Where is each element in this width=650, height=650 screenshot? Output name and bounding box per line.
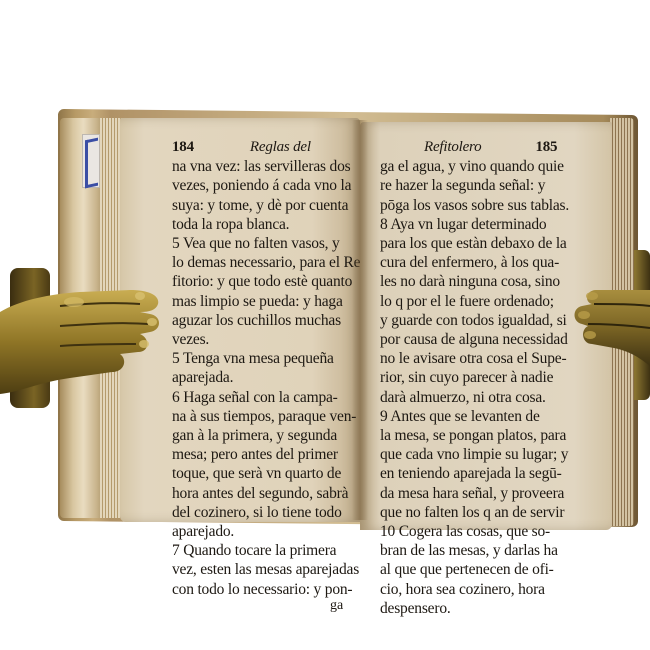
text-line: les no darà ninguna cosa, sino: [380, 272, 569, 291]
text-line: mas limpio se pueda: y haga: [172, 292, 360, 311]
text-line: toda la ropa blanca.: [172, 215, 360, 234]
running-head: Reglas del: [250, 138, 311, 157]
text-line: 7 Quando tocare la primera: [172, 541, 360, 560]
text-line: que cada vno limpie su lugar; y: [380, 445, 569, 464]
text-line: 6 Haga señal con la campa-: [172, 388, 360, 407]
text-line: al que que pertenecen de ofi-: [380, 560, 569, 579]
text-line: vezes.: [172, 330, 360, 349]
left-page-text: 184 Reglas del na vna vez: las serviller…: [172, 138, 360, 599]
text-line: fitorio: y que todo estè quanto: [172, 272, 360, 291]
text-line: no le avisare otra cosa el Supe-: [380, 349, 569, 368]
text-line: 8 Aya vn lugar determinado: [380, 215, 569, 234]
text-line: en teniendo aparejada la segū-: [380, 464, 569, 483]
text-line: ga el agua, y vino quando quie: [380, 157, 569, 176]
catchword: ga: [330, 598, 343, 614]
spine-label-icon: [82, 134, 100, 188]
text-line: suya: y tome, y dè por cuenta: [172, 196, 360, 215]
text-line: 5 Tenga vna mesa pequeña: [172, 349, 360, 368]
text-line: na à sus tiempos, paraque ven-: [172, 407, 360, 426]
brass-hand-right-icon: [574, 282, 650, 372]
left-page-header: 184 Reglas del: [172, 138, 360, 157]
photo-scene: 184 Reglas del na vna vez: las serviller…: [0, 0, 650, 650]
text-line: gan à la primera, y segunda: [172, 426, 360, 445]
text-line: pōga los vasos sobre sus tablas.: [380, 196, 569, 215]
text-line: hora antes del segundo, sabrà: [172, 484, 360, 503]
text-line: aparejada.: [172, 368, 360, 387]
right-page-text: Refitolero 185 ga el agua, y vino quando…: [380, 138, 569, 618]
text-line: cura del enfermero, à los qua-: [380, 253, 569, 272]
text-line: mesa; pero antes del primer: [172, 445, 360, 464]
text-line: la mesa, se pongan platos, para: [380, 426, 569, 445]
text-line: por causa de alguna necessidad: [380, 330, 569, 349]
text-line: lo q por el le fuere ordenado;: [380, 292, 569, 311]
text-line: del cozinero, si lo tiene todo: [172, 503, 360, 522]
page-number: 185: [535, 138, 557, 157]
text-line: y guarde con todos igualdad, si: [380, 311, 569, 330]
text-line: rior, sin cuyo parecer à nadie: [380, 368, 569, 387]
text-line: cio, hora sea cozinero, hora: [380, 580, 569, 599]
book-gutter: [352, 120, 368, 520]
text-line: da mesa hara señal, y proveera: [380, 484, 569, 503]
text-line: re hazer la segunda señal: y: [380, 176, 569, 195]
text-line: lo demas necessario, para el Re: [172, 253, 360, 272]
right-page-header: Refitolero 185: [380, 138, 569, 157]
text-line: na vna vez: las servilleras dos: [172, 157, 360, 176]
text-line: despensero.: [380, 599, 569, 618]
text-line: que no falten los q an de servir: [380, 503, 569, 522]
text-line: darà almuerzo, ni otra cosa.: [380, 388, 569, 407]
text-line: vez, esten las mesas aparejadas: [172, 560, 360, 579]
text-line: aguzar los cuchillos muchas: [172, 311, 360, 330]
text-line: toque, que serà vn quarto de: [172, 464, 360, 483]
text-line: bran de las mesas, y darlas ha: [380, 541, 569, 560]
text-line: 9 Antes que se levanten de: [380, 407, 569, 426]
text-line: para los que estàn debaxo de la: [380, 234, 569, 253]
brass-hand-left-icon: [0, 282, 165, 400]
page-number: 184: [172, 138, 194, 157]
text-line: con todo lo necessario: y pon-: [172, 580, 360, 599]
text-line: aparejado.: [172, 522, 360, 541]
text-line: vezes, poniendo á cada vno la: [172, 176, 360, 195]
text-line: 10 Cogera las cosas, que so-: [380, 522, 569, 541]
running-head: Refitolero: [424, 138, 481, 157]
text-line: 5 Vea que no falten vasos, y: [172, 234, 360, 253]
